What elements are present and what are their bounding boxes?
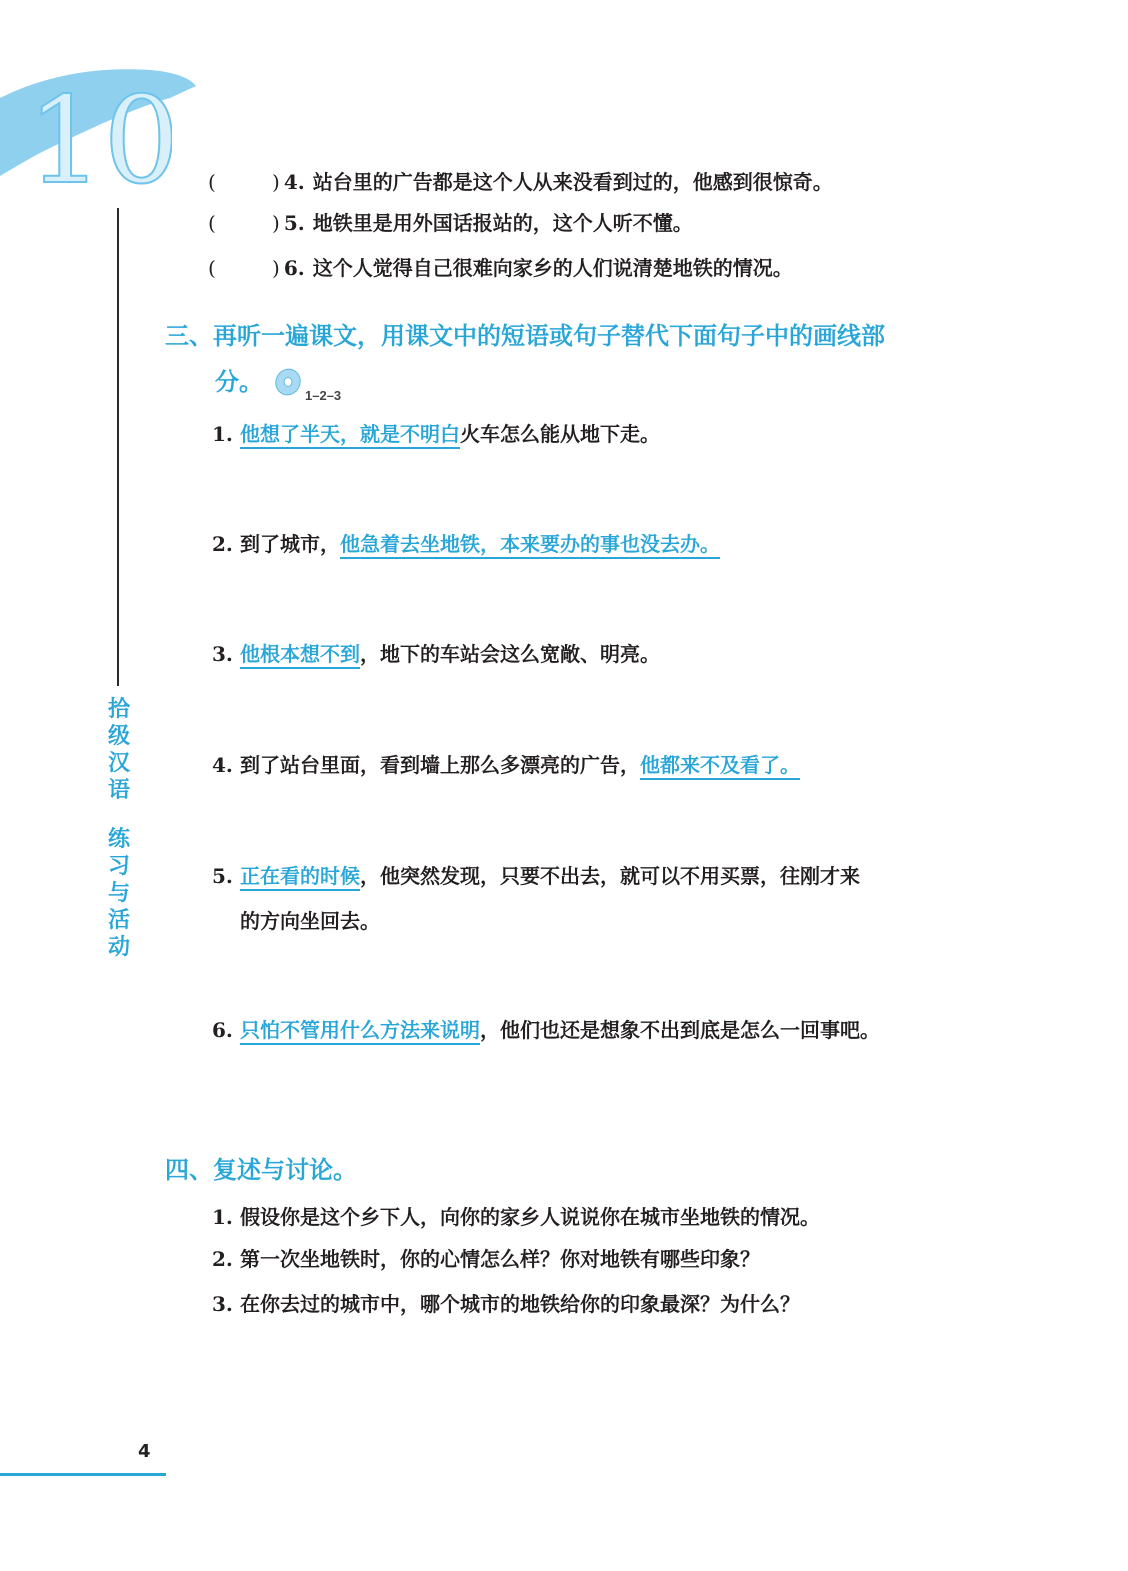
rewrite-item: 4.到了站台里面，看到墙上那么多漂亮的广告，他都来不及看了。	[212, 749, 800, 778]
section-4-title: 四、复述与讨论。	[165, 1150, 357, 1185]
discussion-item: 1.假设你是这个乡下人，向你的家乡人说说你在城市坐地铁的情况。	[212, 1201, 820, 1230]
cd-disc-icon[interactable]	[273, 367, 303, 397]
discussion-item: 2.第一次坐地铁时，你的心情怎么样？你对地铁有哪些印象？	[212, 1243, 760, 1272]
section-3-title: 三、再听一遍课文，用课文中的短语或句子替代下面句子中的画线部	[165, 316, 885, 351]
section-3-title-continued: 分。 1–2–3	[215, 362, 341, 397]
answer-blank[interactable]: (	[208, 170, 272, 194]
rewrite-item: 2.到了城市，他急着去坐地铁，本来要办的事也没去办。	[212, 528, 720, 557]
rewrite-item: 5.正在看的时候，他突然发现，只要不出去，就可以不用买票，往刚才来 的方向坐回去…	[212, 860, 860, 934]
underlined-phrase: 只怕不管用什么方法来说明	[240, 1018, 480, 1045]
audio-track-label: 1–2–3	[305, 388, 341, 403]
underlined-phrase: 他根本想不到	[240, 642, 360, 669]
underlined-phrase: 他都来不及看了。	[640, 753, 800, 780]
discussion-item: 3.在你去过的城市中，哪个城市的地铁给你的印象最深？为什么？	[212, 1288, 800, 1317]
true-false-item: ( ) 6. 这个人觉得自己很难向家乡的人们说清楚地铁的情况。	[208, 252, 793, 281]
page-number: 4	[138, 1441, 151, 1462]
svg-text:10: 10	[27, 72, 172, 200]
rewrite-item: 6.只怕不管用什么方法来说明，他们也还是想象不出到底是怎么一回事吧。	[212, 1014, 880, 1043]
sidebar-book-title: 拾 级 汉 语 练 习 与 活 动	[104, 696, 134, 961]
true-false-item: ( ) 4. 站台里的广告都是这个人从来没看到过的，他感到很惊奇。	[208, 166, 833, 195]
answer-blank[interactable]: (	[208, 211, 272, 235]
rewrite-item: 1.他想了半天，就是不明白火车怎么能从地下走。	[212, 418, 660, 447]
true-false-item: ( ) 5. 地铁里是用外国话报站的，这个人听不懂。	[208, 207, 693, 236]
sidebar-divider	[117, 208, 119, 686]
underlined-phrase: 正在看的时候	[240, 864, 360, 891]
chapter-number-badge: 10	[22, 70, 172, 200]
rewrite-item: 3.他根本想不到，地下的车站会这么宽敞、明亮。	[212, 638, 660, 667]
underlined-phrase: 他急着去坐地铁，本来要办的事也没去办。	[340, 532, 720, 559]
underlined-phrase: 他想了半天，就是不明白	[240, 422, 460, 449]
footer-rule	[0, 1473, 166, 1476]
answer-blank[interactable]: (	[208, 256, 272, 280]
